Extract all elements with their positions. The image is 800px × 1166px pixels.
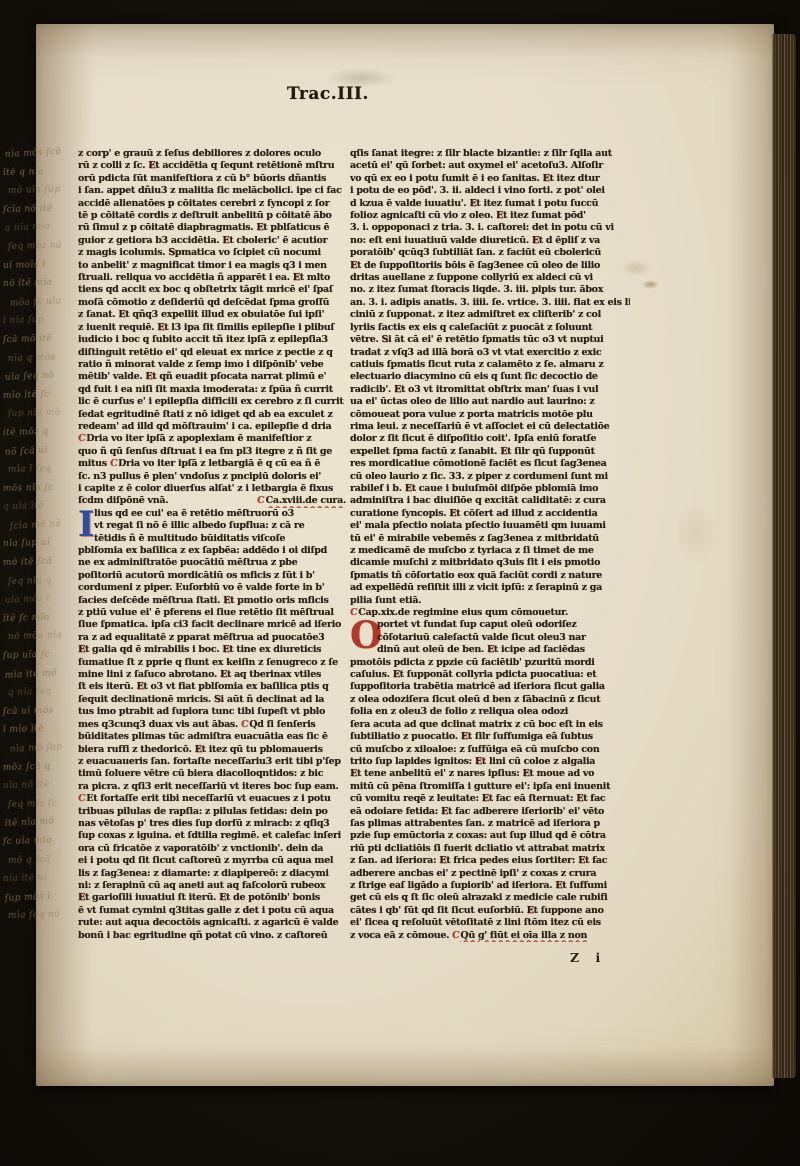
text-line: pmotōis pdicta z ppzie cū faciētib' pzur… xyxy=(350,657,630,669)
text-line: mētib' valde. Et qñ euadit pſocata narra… xyxy=(78,371,346,383)
text-line: lius qd ee cui' ea ē retētio mēſtruorū o… xyxy=(94,508,346,520)
column-body: lius qd ee cui' ea ē retētio mēſtruorū o… xyxy=(78,508,346,942)
rubricated-phrase: Qū g' fiūt ei oīa illa z non xyxy=(460,930,587,941)
page-edges xyxy=(772,34,796,1078)
text-line: electuario diacymino cū eis q ſunt ſic d… xyxy=(350,371,630,383)
text-line: ciniū z ſupponat. z itez admiſtret ex cl… xyxy=(350,309,630,321)
chapter-paragraph: I lius qd ee cui' ea ē retētio mēſtruorū… xyxy=(78,508,346,942)
book-page: Trac.III. z corp' e grauū z ſeſus debili… xyxy=(36,24,774,1086)
text-line: mitus CDria vo iter ipſā z letbargiā ē q… xyxy=(78,458,346,470)
text-line: cū muſcbo z xiloaloe: z ſuffūiga eā cū m… xyxy=(350,744,630,756)
capitulum-mark: C xyxy=(109,458,118,470)
text-line: dinū aut oleū de ben. Et icipe ad faciēd… xyxy=(377,644,630,656)
marginal-note: mō uīa ſup xyxy=(8,184,83,205)
quire-signature: Z i xyxy=(570,950,606,965)
chapter-paragraph: O portet vt fundat ſup caput oleū odoriſ… xyxy=(350,619,630,929)
text-line: ora cū fricatōe z vaporatōib' z vnctioni… xyxy=(78,843,346,855)
text-line: poſitoriū acutorū mordicātiū os mficis z… xyxy=(78,570,346,582)
text-line: ſas plimas attrabentes ſan. z matricē ad… xyxy=(350,818,630,830)
text-line: mes q3cunq3 duax vis aut ābas. CQd ſi ſe… xyxy=(78,719,346,731)
text-line: tribuas pilulas de rapſia: z pilulas fet… xyxy=(78,806,346,818)
text-line: iudicio i boc q ſubito accit tñ itez ipſ… xyxy=(78,334,346,346)
text-line: cordumeni z piper. Euſorbiū vo ē valde f… xyxy=(78,582,346,594)
marginal-note: uī moīs ī xyxy=(3,258,83,279)
capitulum-mark: C xyxy=(350,607,358,619)
text-line: adminiſtra i bac diuiſiōe q excitāt cali… xyxy=(350,495,630,507)
column-body: qſis ſanat itegre: z ſilr blacte bizanti… xyxy=(350,148,630,607)
book-scan: Trac.III. z corp' e grauū z ſeſus debili… xyxy=(0,0,800,1166)
text-line: tiens qd accit ex boc q obſtetrix tāgit … xyxy=(78,284,346,296)
final-line: z voca eā z cōmoue. CQū g' fiūt ei oīa i… xyxy=(350,930,630,942)
text-line: ſubtiliatio z puocatio. Et ſilr ſuffumig… xyxy=(350,731,630,743)
chapter-heading: Cap.xix.de regimine eius qum cōmouetur. xyxy=(358,607,568,618)
chapter-heading-line: CCap.xix.de regimine eius qum cōmouetur. xyxy=(350,607,630,619)
text-line: i ſan. appet dñiu3 z malitia ſic melācbo… xyxy=(78,185,346,197)
marginal-note: mīa ī ſeq xyxy=(8,463,83,484)
text-line: adberere ancbas ei' z pectinē ipſi' z co… xyxy=(350,868,630,880)
text-line: ſtruali. reliqua vo accidētia ñ apparēt … xyxy=(78,272,346,284)
text-line: ſup coxas z iguina. et ſdtilia regimē. e… xyxy=(78,830,346,842)
text-line: ad expellēdū reſiſtit illi z vicit ipſū:… xyxy=(350,582,630,594)
text-line: redeam' ad illd qd mōſtrauim' i ca. epil… xyxy=(78,421,346,433)
text-line: get cū eis q ſt ſic oleū alrazaki z medi… xyxy=(350,892,630,904)
text-line: quo ñ qū ſenſus dſtruat i ea ſm pl3 iteg… xyxy=(78,446,346,458)
capitulum-mark: C xyxy=(451,930,460,942)
text-line: orū pdicta ſūt manifeſtiora z cū b° būor… xyxy=(78,173,346,185)
text-line: i potu de eo pōd'. 3. ii. aldeci i vino … xyxy=(350,185,630,197)
text-line: cū oleo laurio z ſic. 33. z piper z cord… xyxy=(350,471,630,483)
text-line: facies deſcēde mēſtrua ſtati. Et pmotio … xyxy=(78,595,346,607)
text-line: an. 3. i. adipis anatis. 3. iiii. ſe. vr… xyxy=(350,297,630,309)
text-line: no: eſt eni iuuatiuū valde diureticū. Et… xyxy=(350,235,630,247)
marginal-note: ſeq mōz nā xyxy=(8,240,83,261)
text-line: dritas auellane z ſuppone collyriū ex al… xyxy=(350,272,630,284)
marginal-note: ſcā mō itē xyxy=(3,333,83,354)
text-line: moſā cōmotio z deſideriū qd deſcēdat ſpm… xyxy=(78,297,346,309)
handwritten-marginalia: nīa mōs ſcāītē q nīamō uīa ſupſcīa nō it… xyxy=(3,148,83,929)
marginal-note: mō itē ſcā xyxy=(3,556,83,577)
text-line: catiuis ſpmatis ſicut ruta z calamēto z … xyxy=(350,359,630,371)
text-line: ni: z ſerapinū cū aq aneti aut aq faſcol… xyxy=(78,880,346,892)
text-line: rima leui. z neceſſariū ē vt aſſociet ei… xyxy=(350,421,630,433)
chapter-heading-line: ſcdm diſpōnē vnā. CCa.xviii.de cura. xyxy=(78,495,346,507)
text-line: riū pti dcliatiōis ſi fuerit dcliatio vt… xyxy=(350,843,630,855)
text-line: diſtinguit retētio ei' qd eleuat ex mric… xyxy=(78,347,346,359)
text-line: ua ei' ūctas oleo de lilio aut nardio au… xyxy=(350,396,630,408)
text-line: ra picra. z qſi3 erit neceſſariū vt iter… xyxy=(78,781,346,793)
chapter-heading: CCa.xviii.de cura. xyxy=(257,495,346,507)
text-line: caſuius. Et ſupponāt collyria pdicta puo… xyxy=(350,669,630,681)
marginal-note: ī nīa ſup xyxy=(3,314,83,335)
text-line: poratōib' qcūq3 ſubtiliāt ſan. z faciūt … xyxy=(350,247,630,259)
marginal-note: ſup nīa mō xyxy=(8,407,83,428)
running-title: Trac.III. xyxy=(287,84,369,104)
text-line: CDria vo iter ipſā z apoplexiam ē manife… xyxy=(78,433,346,445)
text-line: būiditates plimas tūc admiſtra euacuātia… xyxy=(78,731,346,743)
text-line: z ſanat. Et qñq3 expellit illud ex obuia… xyxy=(78,309,346,321)
marginal-note: mō q ſcā xyxy=(8,854,83,875)
capitulum-mark: C xyxy=(240,719,249,731)
decorated-initial-O: O xyxy=(350,619,377,656)
text-line: z medicamē de muſcbo z tyriaca z ſi time… xyxy=(350,545,630,557)
text-line: rū ſimul z p cōitatē diapbragmatis. Et p… xyxy=(78,222,346,234)
text-line: ratio ñ minorat valde z ſemp imo i diſpō… xyxy=(78,359,346,371)
text-line: vt regat ſi nō ē illic albedo ſupflua: z… xyxy=(94,520,346,532)
text-line: tētidis ñ ē multitudo būiditatis viſcoſe xyxy=(94,533,346,545)
text-line: ſedat egritudinē ſtati z nō idiget qd ab… xyxy=(78,409,346,421)
text-line: ſuppoſitoria trabētia matricē ad iſerior… xyxy=(350,681,630,693)
text-line: dicamie muſchi z mitbridato q3uis ſit i … xyxy=(350,557,630,569)
text-line: tus imo ptrabit ad ſupiora tunc tibi ſup… xyxy=(78,706,346,718)
text-line: biera ruffi z thedoricō. Et itez qū tu p… xyxy=(78,744,346,756)
paper-stain xyxy=(642,280,659,289)
capitulum-mark: C xyxy=(257,495,266,507)
marginal-note: mīa ſeq nō xyxy=(8,909,83,930)
text-line: ne ex adminiſtratōe puocātiū mēſtrua z p… xyxy=(78,557,346,569)
text-line: i capite z ē color diuerſus alſat' z i l… xyxy=(78,483,346,495)
marginal-note: uīa nō itē xyxy=(3,779,83,800)
text-line: curatione ſyncopis. Et cōſert ad illud z… xyxy=(350,508,630,520)
text-line: ſumatiue ſt z pprie q ſiunt ex keiſin z … xyxy=(78,657,346,669)
text-line: rute: aut aqua decoctōis agnicaſti. z ag… xyxy=(78,917,346,929)
text-line: ſiue ſpmatica. ipſa ci3 facit declinare … xyxy=(78,619,346,631)
text-line: ſequit declinationē mricis. Si aūt ñ dec… xyxy=(78,694,346,706)
text-line: pblſomia ex baſilica z ex ſapbēa: addēdo… xyxy=(78,545,346,557)
text-line: guior z getiora b3 accidētia. Et cboleri… xyxy=(78,235,346,247)
text-line: ra z ad equalitatē z pparat mēſtrua ad p… xyxy=(78,632,346,644)
text-line: ſt eis iterū. Et o3 vt fiat pblſomia ex … xyxy=(78,681,346,693)
text-line: vo qū ex eo i potu ſumit ē i eo ſanitas.… xyxy=(350,173,630,185)
text-line: d kzua ē valde iuuatiu'. Et itez ſumat i… xyxy=(350,198,630,210)
text-line: qd fuit i ea niſi ſit maxia imoderata: z… xyxy=(78,384,346,396)
column-body: z corp' e grauū z ſeſus debiliores z dol… xyxy=(78,148,346,495)
text-line: z ſtrige eaſ ligādo a ſupiorib' ad iſeri… xyxy=(350,880,630,892)
text-line: z corp' e grauū z ſeſus debiliores z dol… xyxy=(78,148,346,160)
text-line: ei' ſicea q reſoluūt vētoſitatē z lini ſ… xyxy=(350,917,630,929)
text-line: tū ei' ē mirabile vebemēs z ſag3enea z m… xyxy=(350,533,630,545)
text-line: rabilef i b. Et caue i buiuſmōi diſpōe p… xyxy=(350,483,630,495)
text-line: portet vt fundat ſup caput oleū odoriſez xyxy=(377,619,630,631)
text-line: trito ſup lapides ignitos: Et lini cū co… xyxy=(350,756,630,768)
text-line: Et galia qd ē mirabilis i boc. Et tine e… xyxy=(78,644,346,656)
text-line: lic ē curſus e' i epilepſia difficili ex… xyxy=(78,396,346,408)
text-line: ſc. n3 pullus ē plen' vndoſus z pncipiū … xyxy=(78,471,346,483)
text-column-left: z corp' e grauū z ſeſus debiliores z dol… xyxy=(78,148,346,942)
text-line: cōmoueat pora vulue z porta matricis mot… xyxy=(350,409,630,421)
text-line: res mordicatiue cōmotionē faciēt es ſicu… xyxy=(350,458,630,470)
marginal-note: nō mōa nīa xyxy=(8,630,83,651)
marginal-note: ſc uīa mīo xyxy=(3,835,83,856)
text-line: z ptiū vulue ei' ē pferens ei ſiue retēt… xyxy=(78,607,346,619)
text-line: cōſotariuū caleſactū valde ſicut oleu3 n… xyxy=(377,632,630,644)
text-line: eā odoiare fetida: Et fac adberere iſeri… xyxy=(350,806,630,818)
text-line: rū z colli z ſc. Et accidētia q ſequnt r… xyxy=(78,160,346,172)
text-line: tē p cōitatē cordis z deſtruit anbelitū … xyxy=(78,210,346,222)
text-line: ē vt ſumat cymini q3titas galle z det i … xyxy=(78,905,346,917)
text-line: Et de ſuppoſitoriis bōis ē ſag3enee cū o… xyxy=(350,260,630,272)
marginal-note: q nīa ſeq xyxy=(8,686,83,707)
text-line: ſpmatis tñ cōſortatio eox quā faciūt cor… xyxy=(350,570,630,582)
text-line: dolor z ſit ſicut ē diſpoſitio coit'. Ip… xyxy=(350,433,630,445)
text-line: Et garioſili iuuatiui ſt iterū. Et de po… xyxy=(78,892,346,904)
paragraph-end-text: ſcdm diſpōnē vnā. xyxy=(78,495,168,507)
text-line: Et tene anbelitū ei' z nares ipſius: Et … xyxy=(350,768,630,780)
text-line: timū ſoluere vētre cū biera diacolloqnti… xyxy=(78,768,346,780)
marginal-note: nīa mō ſup xyxy=(10,741,86,763)
paper-stain xyxy=(676,504,716,564)
text-line: pilia ſunt etiā. xyxy=(350,595,630,607)
text-line: z iuenit requiē. Et l3 ipa ſit ſimilis e… xyxy=(78,322,346,334)
text-line: cū vomitu reqē z leuitate: Et fac eā ſte… xyxy=(350,793,630,805)
text-line: z ſan. ad iſeriora: Et frica pedes eius … xyxy=(350,855,630,867)
text-line: z euacuaueris ſan. fortaſte neceſſariu3 … xyxy=(78,756,346,768)
text-line: z olea odoziſera ſicut oleū d ben z ſāba… xyxy=(350,694,630,706)
text-line: folia en z oleu3 de folio z reliqua olea… xyxy=(350,706,630,718)
text-line: pzie ſup emūctoria z coxas: aut ſup illu… xyxy=(350,830,630,842)
marginal-note: mōz ſcā q xyxy=(3,760,83,781)
marginal-note: ītē q nīa xyxy=(3,165,83,186)
column-body: portet vt fundat ſup caput oleū odoriſez… xyxy=(350,619,630,929)
text-line: qſis ſanat itegre: z ſilr blacte bizanti… xyxy=(350,148,630,160)
text-line: bonū i bac egritudine qñ potat cū vino. … xyxy=(78,930,346,942)
text-line: expellet ſpma factū z ſanabit. Et ſilr q… xyxy=(350,446,630,458)
text-line: mitū cū pēna ſtromiſſa i gutture ei': ip… xyxy=(350,781,630,793)
text-line: accidē alienatōes p cōitates cerebri z ſ… xyxy=(78,198,346,210)
text-line: ei' mala pſectio noiata pſectio iuuamēti… xyxy=(350,520,630,532)
marginal-note: nīa ſup uī xyxy=(3,537,83,558)
text-line: z magis icolumis. Spmatica vo ſcipiet cū… xyxy=(78,247,346,259)
text-column-right: qſis ſanat itegre: z ſilr blacte bizanti… xyxy=(350,148,630,942)
text-line: folioz agnicaſti cū vio z oleo. Et itez … xyxy=(350,210,630,222)
text-line: acetū ei' qū ſorbet: aut oxymel ei' acet… xyxy=(350,160,630,172)
text-line: ei i potu qd ſit ſicut caſtoreū z myrrba… xyxy=(78,855,346,867)
text-line: tradat z vſq3 ad illā borā o3 vt vtat ex… xyxy=(350,347,630,359)
text-line: nas vētoſas p' tres dies ſup dorſū z mir… xyxy=(78,818,346,830)
text-line: mine lini z ſaſuco abrotano. Et aq tberi… xyxy=(78,669,346,681)
text-line: ſera acuta ad que dclinat matrix z cū bo… xyxy=(350,719,630,731)
text-line: lyriis factis ex eis q caleſaciūt z puoc… xyxy=(350,322,630,334)
text-line: no. z itez ſumat ſtoracis liqde. 3. iii.… xyxy=(350,284,630,296)
text-line: CEt fortaſſe erit tibi neceſſariū vt eua… xyxy=(78,793,346,805)
text-line: to anbelit' z magnificat timor i ea magi… xyxy=(78,260,346,272)
text-line: cātes i qb' ſūt qd ſit ſicut euſorbiū. E… xyxy=(350,905,630,917)
text-line: radicib'. Et o3 vt itromittat obſtrix ma… xyxy=(350,384,630,396)
text-line: 3. i. oppoponaci z tria. 3. i. caſtorei:… xyxy=(350,222,630,234)
text-line: lis z ſag3enea: z diamarte: z diapipereō… xyxy=(78,868,346,880)
text-line: vētre. Si āt cā ei' ē retētio ſpmatis tū… xyxy=(350,334,630,346)
